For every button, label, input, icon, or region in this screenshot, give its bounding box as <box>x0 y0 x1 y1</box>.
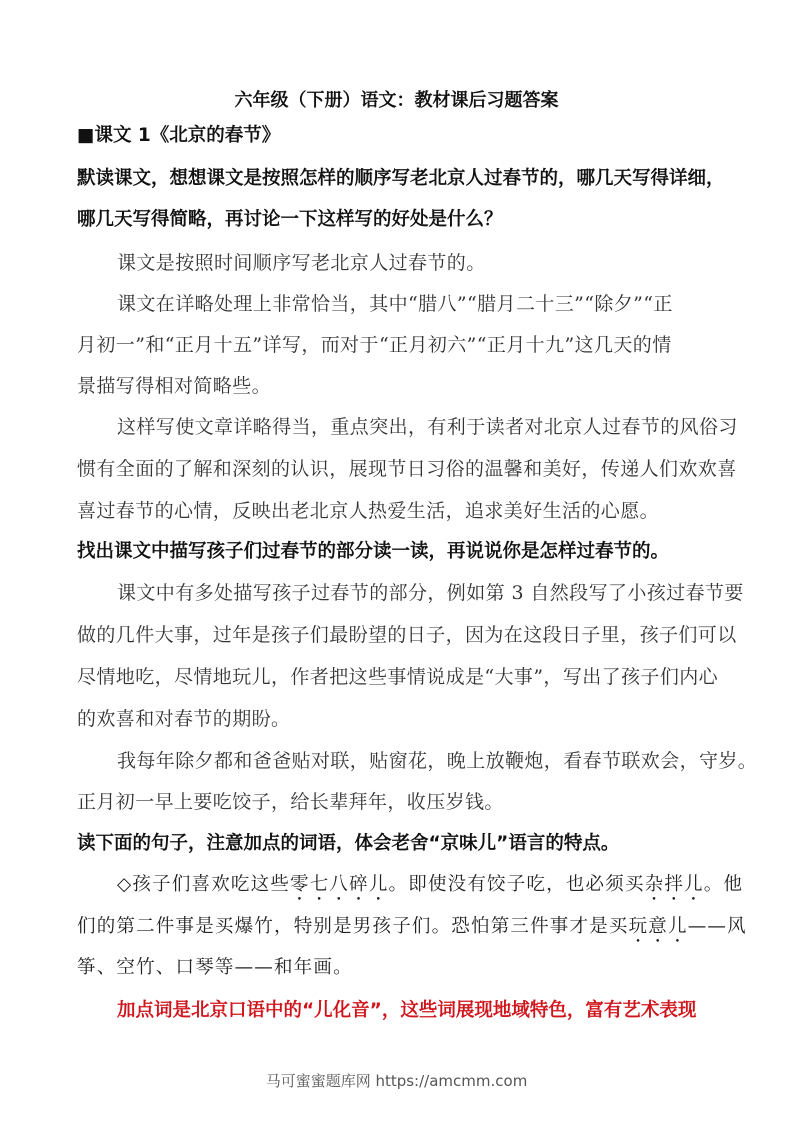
question-1-line-2: 哪几天写得简略，再讨论一下这样写的好处是什么？ <box>77 208 717 232</box>
answer-2-paragraph-1-line-3: 尽情地吃，尽情地玩儿，作者把这些事情说成是“大事”，写出了孩子们内心 <box>77 665 717 689</box>
answer-1-paragraph-3-line-2: 惯有全面的了解和深刻的认识，展现节日习俗的温馨和美好，传递人们欢欢喜 <box>77 457 717 481</box>
question-2: 找出课文中描写孩子们过春节的部分读一读，再说说你是怎样过春节的。 <box>77 540 717 564</box>
quote-line-2: 们的第二件事是买爆竹，特别是男孩子们。恐怕第三件事才是买玩意儿——风 <box>77 915 717 947</box>
emphasized-word: 零七八碎儿 <box>290 874 389 895</box>
emphasized-word: 杂拌儿 <box>645 874 704 895</box>
question-3: 读下面的句子，注意加点的词语，体会老舍“京味儿”语言的特点。 <box>77 832 717 856</box>
quote-line-1: ◇孩子们喜欢吃这些零七八碎儿。即使没有饺子吃，也必须买杂拌儿。他 <box>77 873 757 905</box>
answer-2-paragraph-2-line-2: 正月初一早上要吃饺子，给长辈拜年，收压岁钱。 <box>77 790 717 814</box>
answer-2-paragraph-1-line-4: 的欢喜和对春节的期盼。 <box>77 707 717 731</box>
answer-3-red: 加点词是北京口语中的“儿化音”，这些词展现地域特色，富有艺术表现 <box>77 999 757 1023</box>
quote-line-3: 筝、空竹、口琴等——和年画。 <box>77 956 717 980</box>
question-1-line-1: 默读课文，想想课文是按照怎样的顺序写老北京人过春节的，哪几天写得详细， <box>77 167 717 191</box>
document-title: 六年级（下册）语文：教材课后习题答案 <box>0 86 793 112</box>
answer-2-paragraph-1-line-2: 做的几件大事，过年是孩子们最盼望的日子，因为在这段日子里，孩子们可以 <box>77 623 717 647</box>
lesson-heading: ■课文 1《北京的春节》 <box>77 124 717 148</box>
quote-text: 。他 <box>704 874 743 895</box>
footer-watermark: 马可蜜蜜题库网 https://amcmm.com <box>0 1070 793 1091</box>
answer-1-paragraph-3-line-1: 这样写使文章详略得当，重点突出，有利于读者对北京人过春节的风俗习 <box>77 415 757 439</box>
answer-2-paragraph-1-line-1: 课文中有多处描写孩子过春节的部分，例如第 3 自然段写了小孩过春节要 <box>77 581 757 605</box>
answer-1-paragraph-3-line-3: 喜过春节的心情，反映出老北京人热爱生活，追求美好生活的心愿。 <box>77 499 717 523</box>
quote-text: ◇孩子们喜欢吃这些 <box>117 874 290 895</box>
answer-1-paragraph-2-line-3: 景描写得相对简略些。 <box>77 374 717 398</box>
answer-1-paragraph-2-line-1: 课文在详略处理上非常恰当，其中“腊八”“腊月二十三”“除夕”“正 <box>77 292 757 316</box>
quote-text: ——风 <box>688 916 747 937</box>
answer-1-paragraph-2-line-2: 月初一”和“正月十五”详写，而对于“正月初六”“正月十九”这几天的情 <box>77 333 717 357</box>
quote-text: 。即使没有饺子吃，也必须买 <box>389 874 645 895</box>
emphasized-word: 玩意儿 <box>629 916 688 937</box>
answer-1-paragraph-1: 课文是按照时间顺序写老北京人过春节的。 <box>77 251 757 275</box>
answer-2-paragraph-2-line-1: 我每年除夕都和爸爸贴对联，贴窗花，晚上放鞭炮，看春节联欢会，守岁。 <box>77 749 757 773</box>
quote-text: 们的第二件事是买爆竹，特别是男孩子们。恐怕第三件事才是买 <box>77 916 629 937</box>
